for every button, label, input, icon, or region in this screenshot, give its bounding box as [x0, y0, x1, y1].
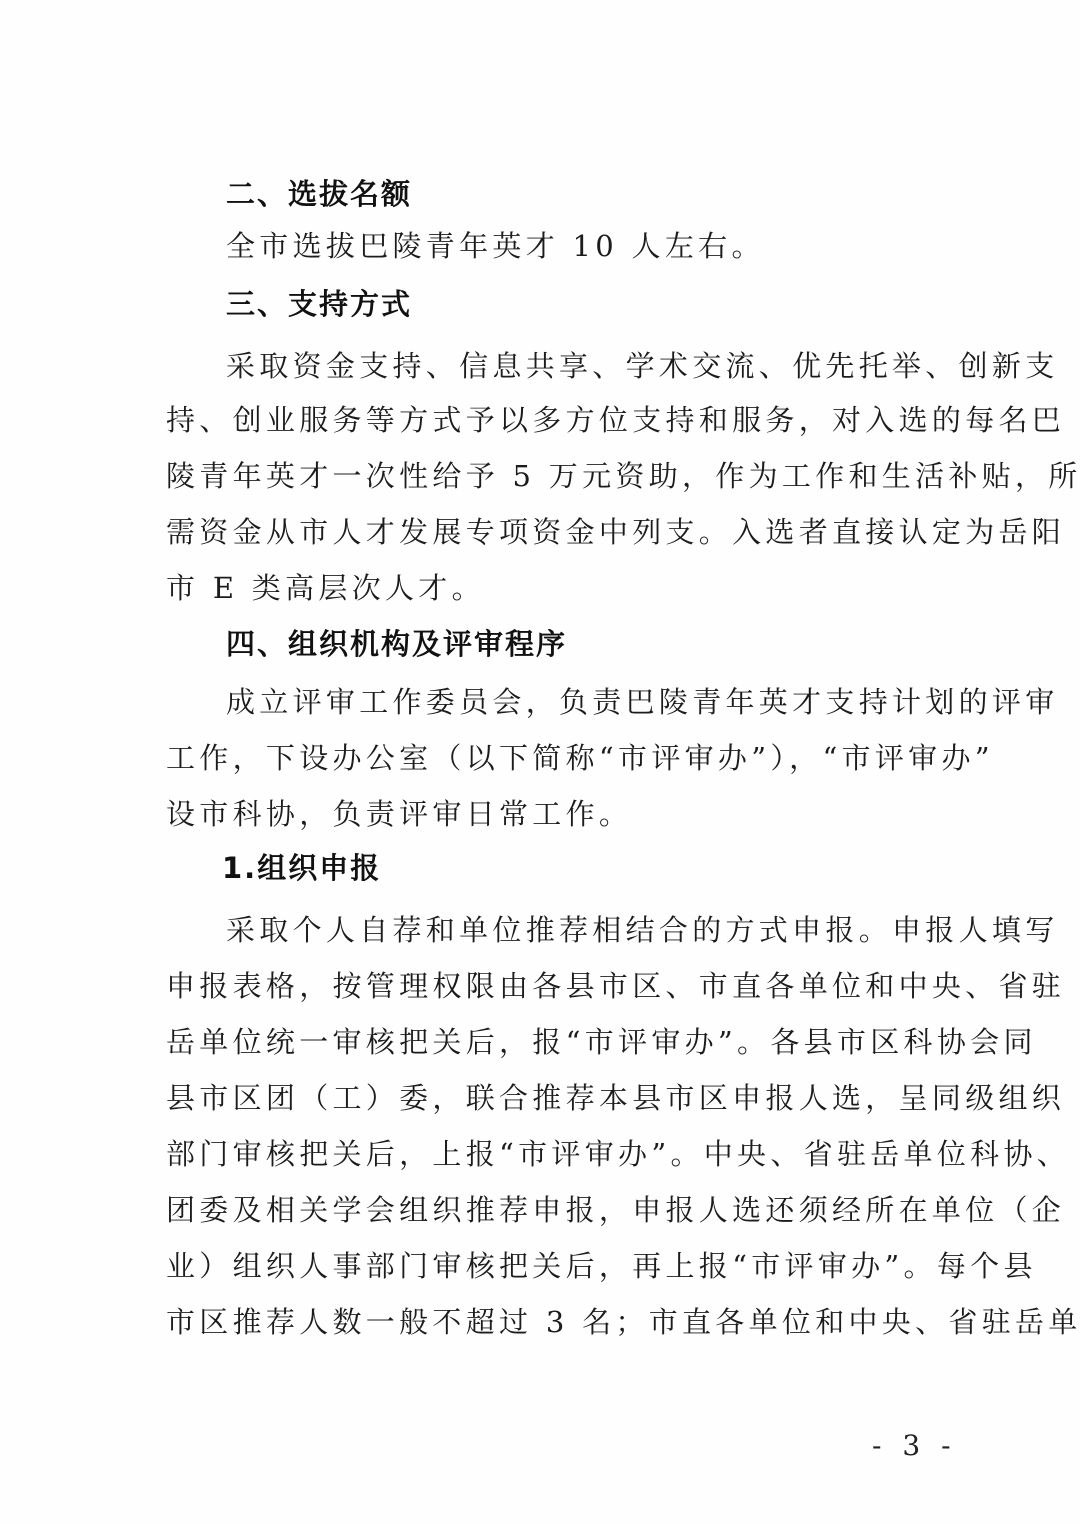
paragraph-line: 需资金从市人才发展专项资金中列支。入选者直接认定为岳阳 [166, 506, 946, 558]
paragraph-line: 采取资金支持、信息共享、学术交流、优先托举、创新支 [226, 340, 1006, 392]
section-heading-organization: 四、组织机构及评审程序 [226, 618, 1006, 670]
page-number: - 3 - [872, 1428, 957, 1464]
paragraph-line: 申报表格，按管理权限由各县市区、市直各单位和中央、省驻 [166, 960, 946, 1012]
section-heading-support: 三、支持方式 [226, 278, 1006, 330]
paragraph-line: 设市科协，负责评审日常工作。 [166, 788, 946, 840]
paragraph-line: 市 E 类高层次人才。 [166, 562, 946, 614]
paragraph-line: 业）组织人事部门审核把关后，再上报“市评审办”。每个县 [166, 1240, 946, 1292]
paragraph-line: 团委及相关学会组织推荐申报，申报人选还须经所在单位（企 [166, 1184, 946, 1236]
paragraph-line: 岳单位统一审核把关后，报“市评审办”。各县市区科协会同 [166, 1016, 946, 1068]
paragraph-line: 全市选拔巴陵青年英才 10 人左右。 [226, 220, 1006, 272]
paragraph-line: 成立评审工作委员会，负责巴陵青年英才支持计划的评审 [226, 676, 1006, 728]
paragraph-line: 持、创业服务等方式予以多方位支持和服务，对入选的每名巴 [166, 394, 946, 446]
section-heading-quota: 二、选拔名额 [226, 168, 1006, 220]
subsection-heading-application: 1.组织申报 [222, 842, 1002, 894]
paragraph-line: 市区推荐人数一般不超过 3 名；市直各单位和中央、省驻岳单 [166, 1296, 946, 1348]
paragraph-line: 部门审核把关后，上报“市评审办”。中央、省驻岳单位科协、 [166, 1128, 946, 1180]
document-page: 二、选拔名额 全市选拔巴陵青年英才 10 人左右。 三、支持方式 采取资金支持、… [0, 0, 1080, 1524]
paragraph-line: 陵青年英才一次性给予 5 万元资助，作为工作和生活补贴，所 [166, 450, 946, 502]
paragraph-line: 工作，下设办公室（以下简称“市评审办”），“市评审办” [166, 732, 946, 784]
paragraph-line: 采取个人自荐和单位推荐相结合的方式申报。申报人填写 [226, 904, 1006, 956]
paragraph-line: 县市区团（工）委，联合推荐本县市区申报人选，呈同级组织 [166, 1072, 946, 1124]
